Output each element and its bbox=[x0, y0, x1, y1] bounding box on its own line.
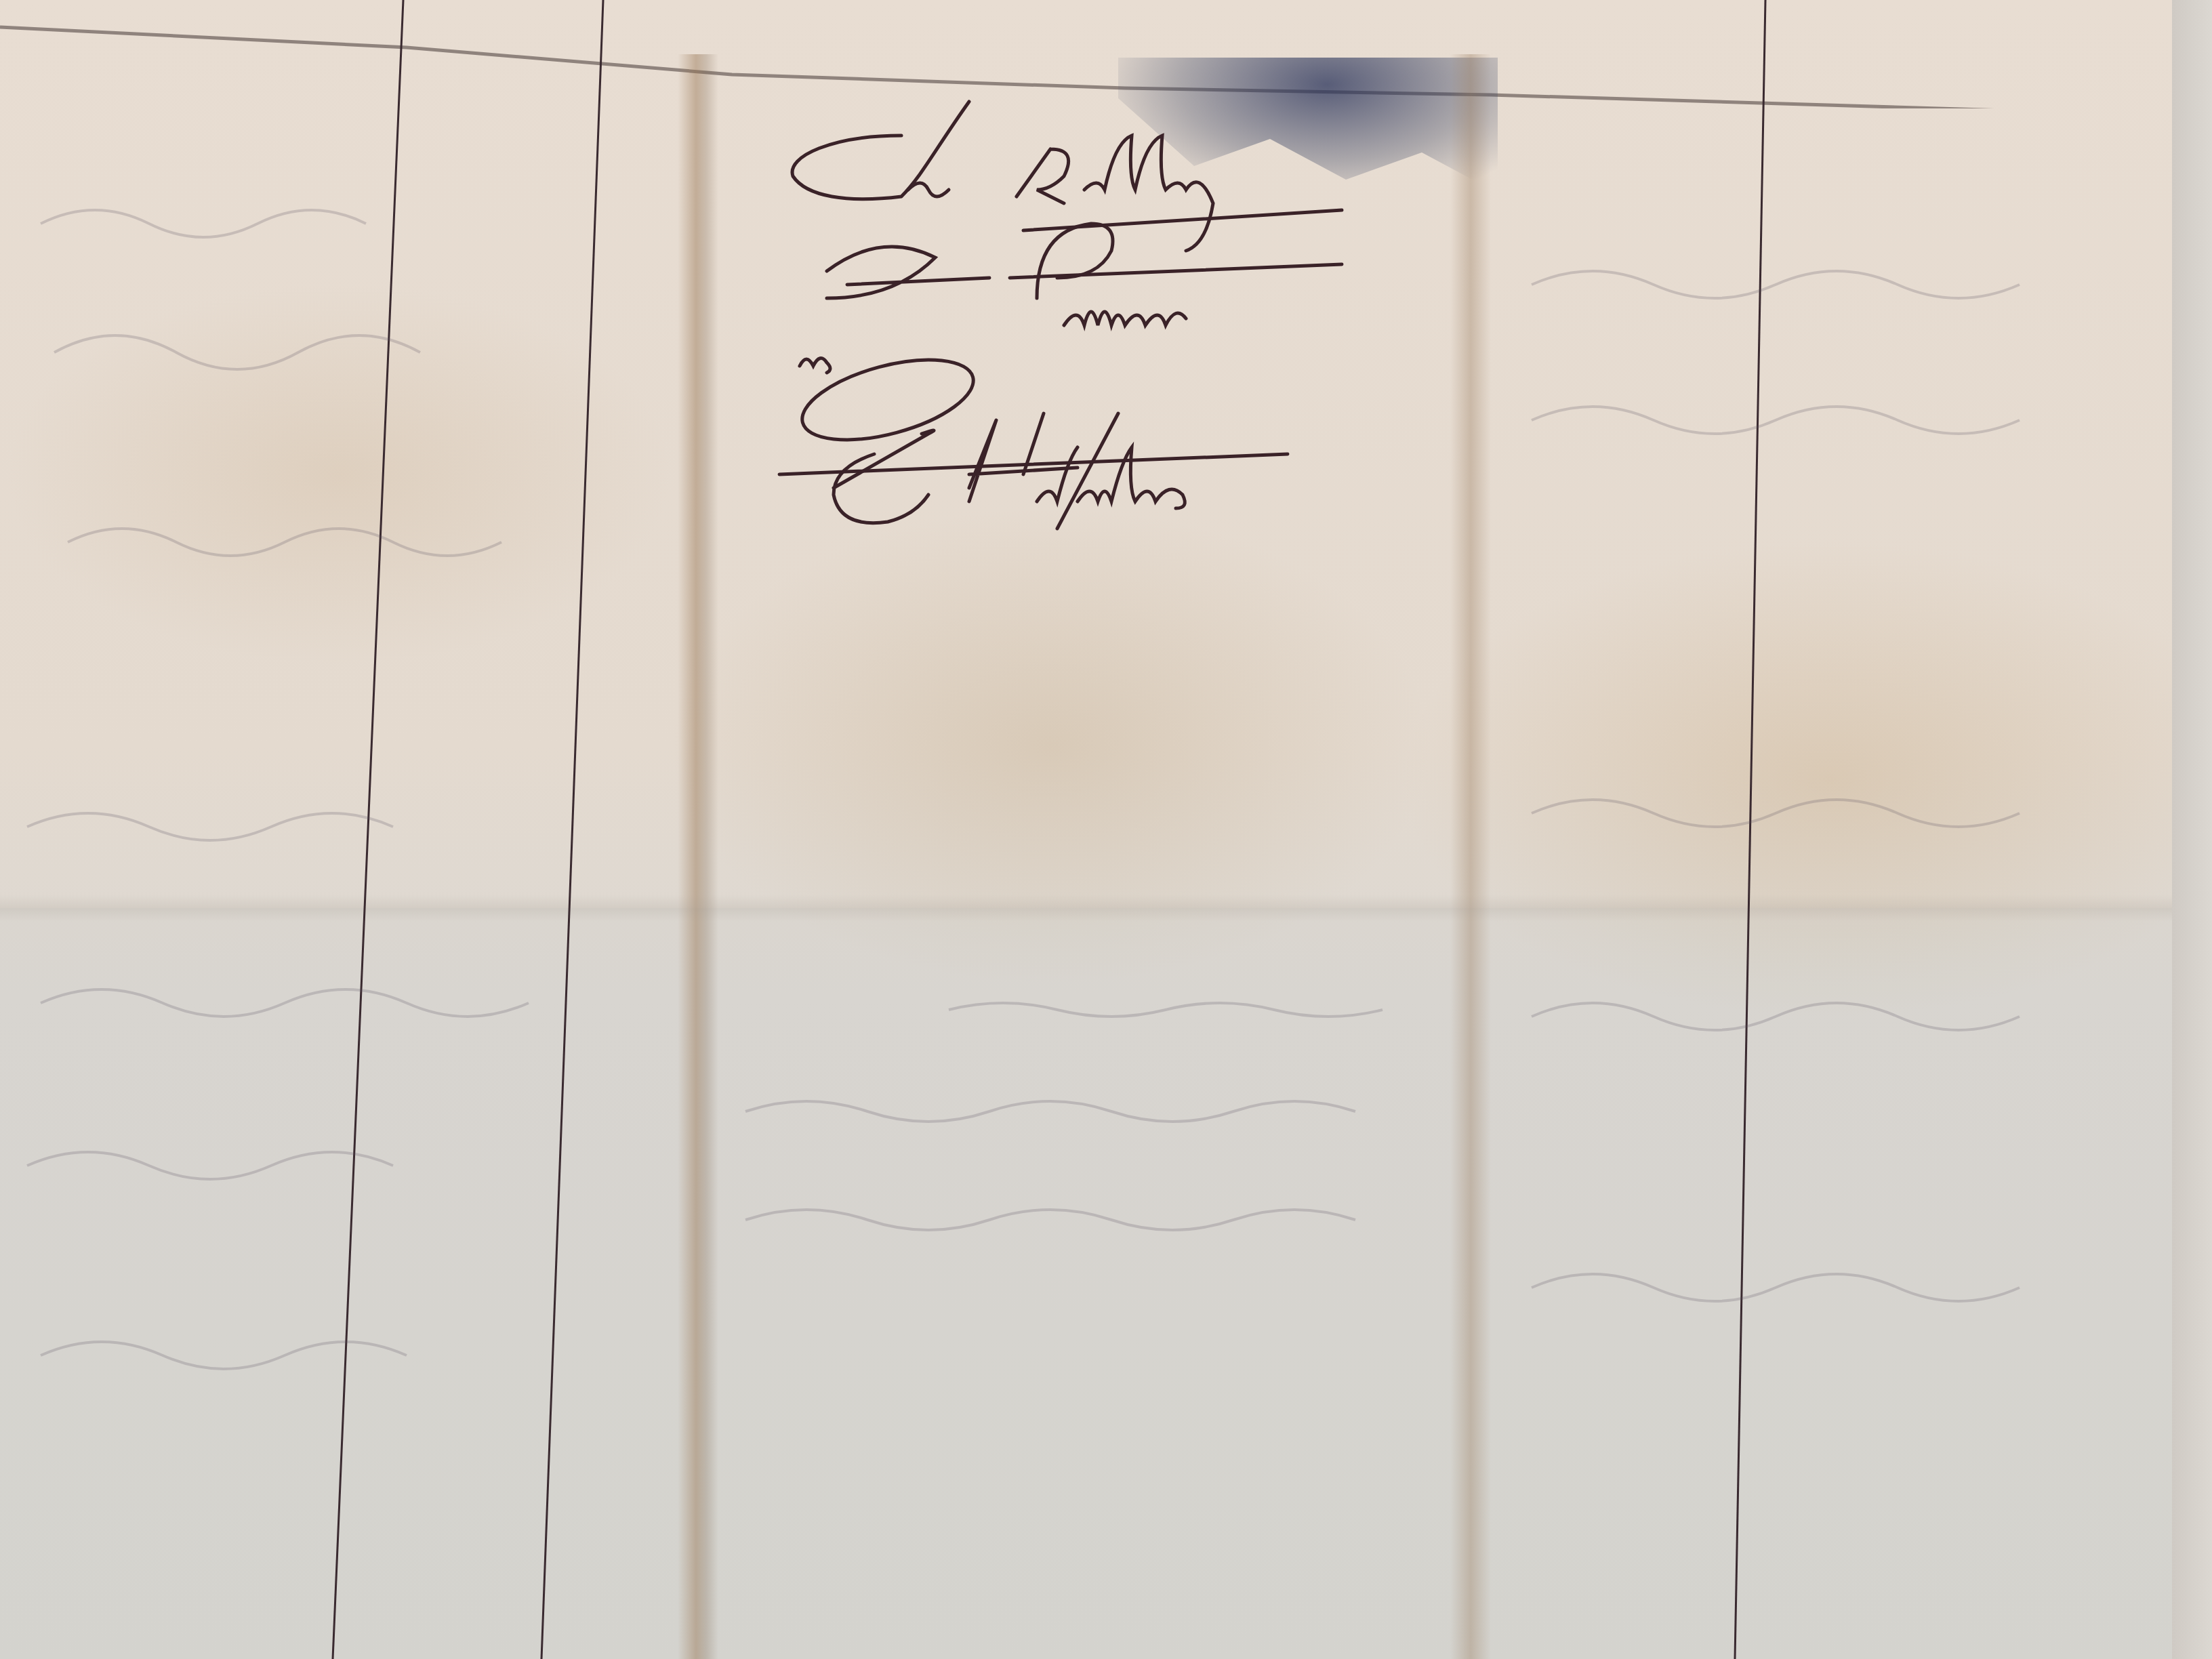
docket-inscription: Jas. Ralley Petition vs E. Hatfield bbox=[766, 95, 1410, 542]
docket-handwriting bbox=[766, 95, 1410, 542]
